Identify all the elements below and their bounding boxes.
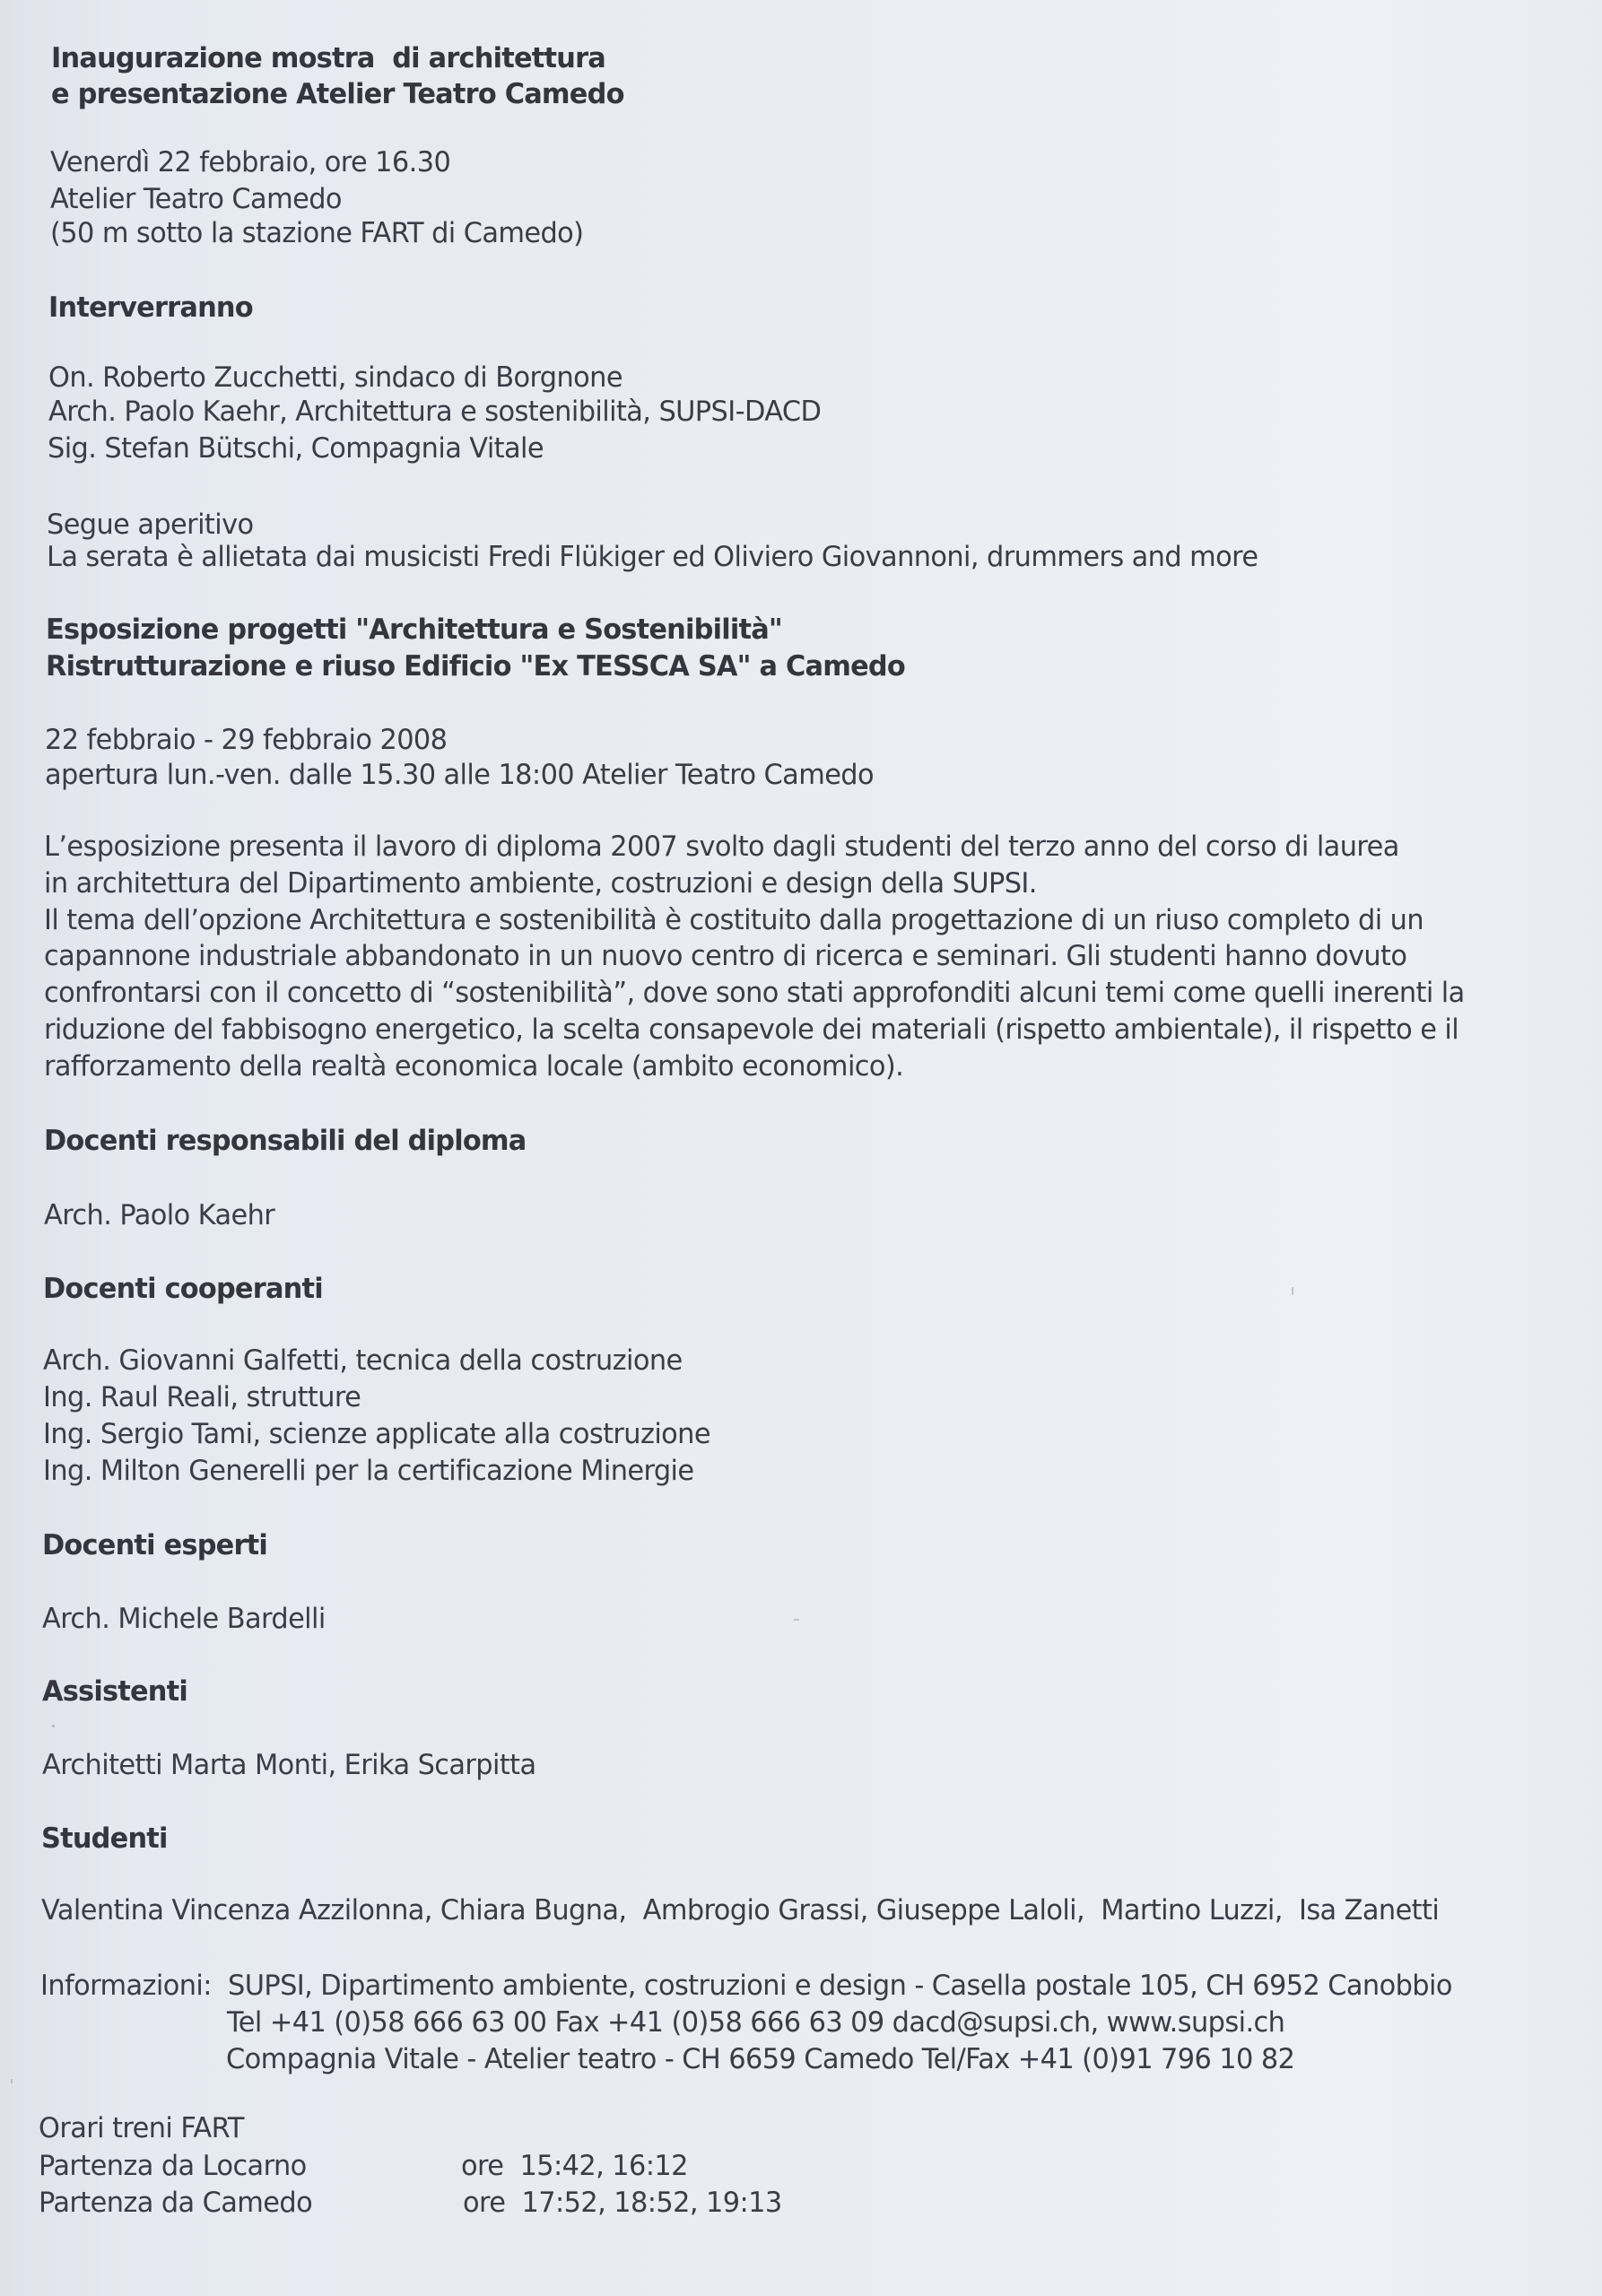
info-label: Informazioni: xyxy=(40,1968,212,2004)
paper-speck xyxy=(11,2079,13,2083)
music-note: La serata è allietata dai musicisti Fred… xyxy=(47,539,1258,575)
cooperanti-name: Ing. Milton Generelli per la certificazi… xyxy=(43,1453,693,1489)
paper-speck xyxy=(794,1619,799,1621)
cooperanti-name: Ing. Raul Reali, strutture xyxy=(43,1379,361,1415)
info-contacts: Tel +41 (0)58 666 63 00 Fax +41 (0)58 66… xyxy=(227,2005,1284,2040)
info-address: SUPSI, Dipartimento ambiente, costruzion… xyxy=(228,1968,1452,2004)
info-compagnia: Compagnia Vitale - Atelier teatro - CH 6… xyxy=(226,2041,1294,2077)
exhibition-title-line-2: Ristrutturazione e riuso Edificio "Ex TE… xyxy=(46,648,905,684)
train-row-times: ore 17:52, 18:52, 19:13 xyxy=(463,2185,782,2221)
description-line: L’esposizione presenta il lavoro di dipl… xyxy=(44,829,1399,865)
description-line: riduzione del fabbisogno energetico, la … xyxy=(44,1012,1458,1048)
event-title-line-2: e presentazione Atelier Teatro Camedo xyxy=(51,76,624,112)
exhibition-dates: 22 febbraio - 29 febbraio 2008 xyxy=(45,722,447,758)
assistenti-heading: Assistenti xyxy=(42,1674,187,1709)
speakers-heading: Interverranno xyxy=(48,290,253,326)
studenti-names: Valentina Vincenza Azzilonna, Chiara Bug… xyxy=(41,1892,1439,1928)
description-line: rafforzamento della realtà economica loc… xyxy=(44,1048,903,1084)
cooperanti-name: Arch. Giovanni Galfetti, tecnica della c… xyxy=(43,1343,683,1378)
exhibition-title-line-1: Esposizione progetti "Architettura e Sos… xyxy=(46,612,782,648)
description-line: in architettura del Dipartimento ambient… xyxy=(44,865,1037,901)
train-row-label: Partenza da Locarno xyxy=(39,2148,307,2184)
event-date: Venerdì 22 febbraio, ore 16.30 xyxy=(50,144,450,180)
cooperanti-heading: Docenti cooperanti xyxy=(43,1271,323,1307)
description-line: Il tema dell’opzione Architettura e sost… xyxy=(44,902,1424,938)
responsabili-heading: Docenti responsabili del diploma xyxy=(44,1123,527,1159)
event-venue: Atelier Teatro Camedo xyxy=(50,181,342,217)
esperti-name: Arch. Michele Bardelli xyxy=(42,1601,326,1637)
assistenti-names: Architetti Marta Monti, Erika Scarpitta xyxy=(42,1747,536,1783)
exhibition-hours: apertura lun.-ven. dalle 15.30 alle 18:0… xyxy=(45,757,874,793)
trains-heading: Orari treni FART xyxy=(39,2110,244,2146)
cooperanti-name: Ing. Sergio Tami, scienze applicate alla… xyxy=(43,1416,710,1452)
speaker-item: Sig. Stefan Bütschi, Compagnia Vitale xyxy=(48,430,544,466)
description-line: capannone industriale abbandonato in un … xyxy=(44,938,1406,974)
studenti-heading: Studenti xyxy=(41,1821,168,1857)
speaker-item: Arch. Paolo Kaehr, Architettura e sosten… xyxy=(48,394,821,430)
paper-speck xyxy=(52,1725,55,1727)
aperitivo-note: Segue aperitivo xyxy=(47,507,253,543)
event-title-line-1: Inaugurazione mostra di architettura xyxy=(51,40,605,76)
train-row-times: ore 15:42, 16:12 xyxy=(461,2148,688,2184)
speaker-item: On. Roberto Zucchetti, sindaco di Borgno… xyxy=(48,360,623,396)
esperti-heading: Docenti esperti xyxy=(42,1527,267,1563)
document-page: Inaugurazione mostra di architettura e p… xyxy=(0,0,1602,2296)
description-line: confrontarsi con il concetto di “sosteni… xyxy=(44,975,1465,1011)
responsabili-name: Arch. Paolo Kaehr xyxy=(44,1197,274,1233)
train-row-label: Partenza da Camedo xyxy=(39,2185,312,2221)
paper-speck xyxy=(1292,1287,1293,1295)
event-venue-note: (50 m sotto la stazione FART di Camedo) xyxy=(50,215,583,251)
